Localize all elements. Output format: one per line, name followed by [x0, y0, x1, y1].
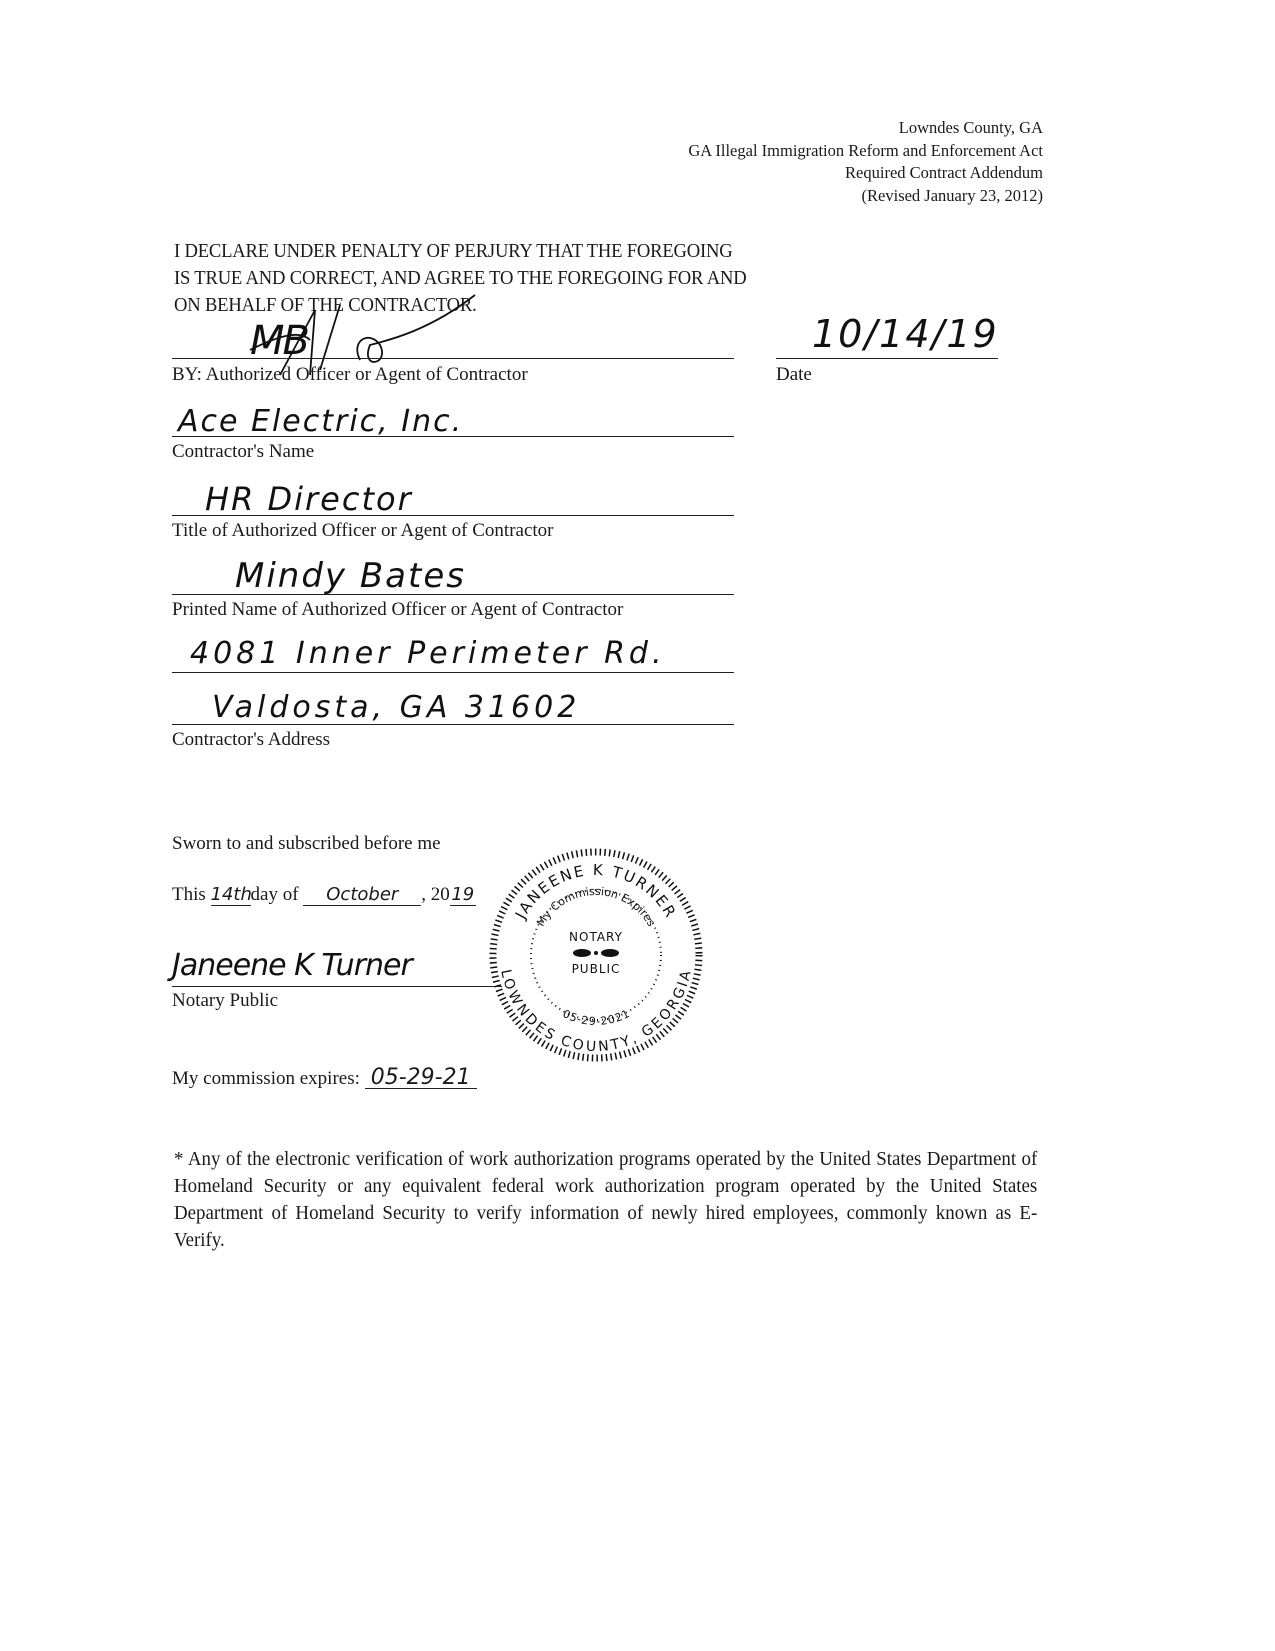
footnote: * Any of the electronic verification of …: [174, 1146, 1037, 1254]
contractor-name-label: Contractor's Name: [172, 441, 314, 463]
day-of-text: day of: [251, 884, 299, 905]
title-line[interactable]: [172, 515, 734, 516]
svg-text:05-29-2021: 05-29-2021: [560, 1007, 631, 1028]
seal-notary-text: NOTARY: [569, 930, 623, 944]
month-field[interactable]: October: [303, 885, 421, 906]
sworn-text: Sworn to and subscribed before me: [172, 833, 441, 855]
seal-county: LOWNDES COUNTY, GEORGIA: [498, 968, 695, 1055]
contractor-name-line[interactable]: [172, 436, 734, 437]
seal-public-text: PUBLIC: [572, 962, 621, 976]
address-label: Contractor's Address: [172, 729, 330, 751]
title-label: Title of Authorized Officer or Agent of …: [172, 520, 554, 542]
printed-name-label: Printed Name of Authorized Officer or Ag…: [172, 599, 623, 621]
address-line1-line[interactable]: [172, 672, 734, 673]
commission-line: My commission expires: 05-29-21: [172, 1068, 477, 1090]
date-line[interactable]: [776, 358, 998, 359]
declaration-line: IS TRUE AND CORRECT, AND AGREE TO THE FO…: [174, 265, 746, 292]
printed-name-line[interactable]: [172, 594, 734, 595]
notary-seal: JANEENE K TURNER LOWNDES COUNTY, GEORGIA…: [486, 845, 706, 1065]
notary-signature: Janeene K Turner: [172, 948, 412, 983]
seal-expiry: 05-29-2021: [560, 1007, 631, 1028]
header-county: Lowndes County, GA: [688, 117, 1043, 140]
declaration-line: I DECLARE UNDER PENALTY OF PERJURY THAT …: [174, 238, 746, 265]
signature-line[interactable]: [172, 358, 734, 359]
title-value[interactable]: HR Director: [205, 480, 413, 518]
day-field[interactable]: 14th: [211, 885, 251, 906]
header-act: GA Illegal Immigration Reform and Enforc…: [688, 140, 1043, 163]
year-prefix: , 20: [421, 884, 450, 905]
contractor-name-value[interactable]: Ace Electric, Inc.: [178, 404, 463, 439]
by-label: BY: Authorized Officer or Agent of Contr…: [172, 364, 528, 386]
date-value[interactable]: 10/14/19: [812, 312, 999, 356]
printed-name-value[interactable]: Mindy Bates: [235, 556, 466, 596]
svg-text:LOWNDES COUNTY, GEORGIA: LOWNDES COUNTY, GEORGIA: [498, 968, 695, 1055]
commission-label: My commission expires:: [172, 1068, 360, 1089]
document-header: Lowndes County, GA GA Illegal Immigratio…: [688, 117, 1043, 207]
address-line1-value[interactable]: 4081 Inner Perimeter Rd.: [190, 636, 666, 671]
address-line2-value[interactable]: Valdosta, GA 31602: [212, 690, 580, 725]
notary-public-label: Notary Public: [172, 990, 278, 1012]
header-revised: (Revised January 23, 2012): [688, 185, 1043, 208]
seal-emblem-icon: [573, 949, 619, 957]
this-text: This: [172, 884, 206, 905]
date-label: Date: [776, 364, 812, 386]
commission-field[interactable]: 05-29-21: [365, 1068, 477, 1089]
address-line2-line[interactable]: [172, 724, 734, 725]
header-addendum: Required Contract Addendum: [688, 162, 1043, 185]
notary-date-line: This 14thday of October, 2019: [172, 884, 476, 906]
year-field[interactable]: 19: [450, 885, 476, 906]
notary-signature-line[interactable]: [172, 986, 502, 987]
